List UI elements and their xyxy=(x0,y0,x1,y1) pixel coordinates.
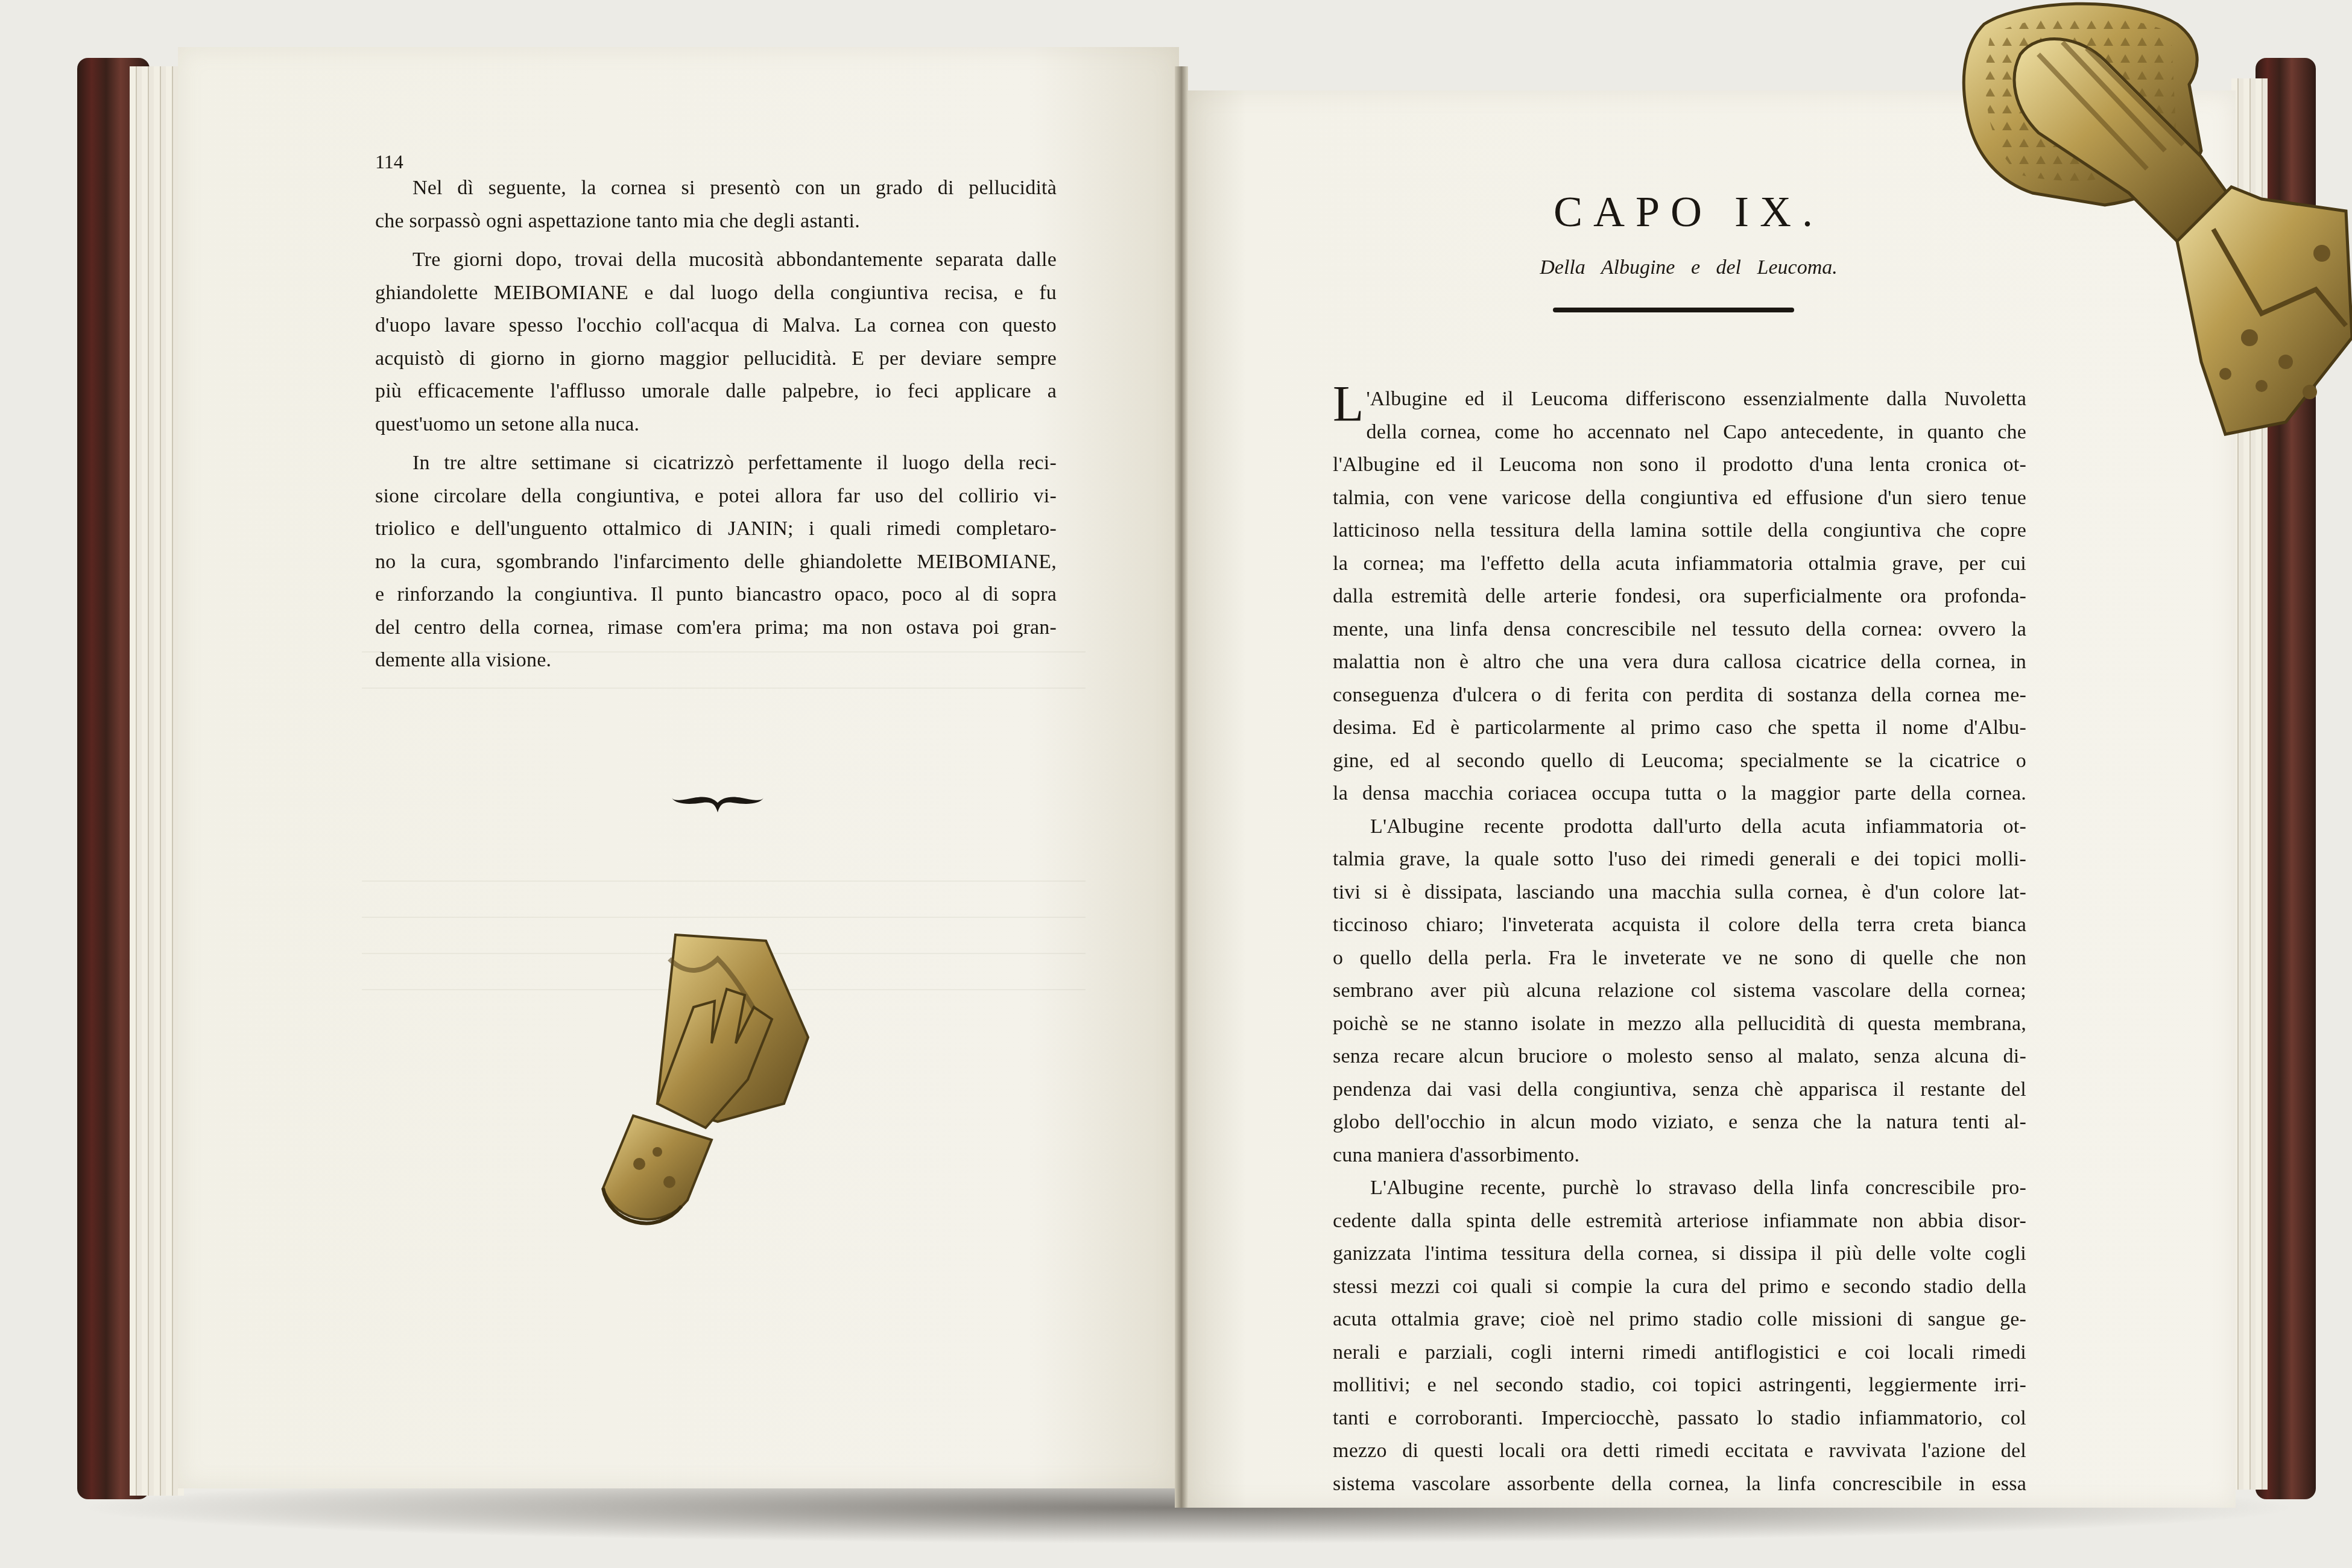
left-page-body: Nel dì seguente, la cornea si presentò c… xyxy=(375,172,1057,677)
brass-hand-clip-icon xyxy=(1948,0,2352,470)
text-line: dalla estremità delle arterie fondesi, o… xyxy=(1333,580,2026,613)
text-line: nerali e parziali, cogli interni rimedi … xyxy=(1333,1336,2026,1370)
text-line: acuta ottalmia grave; cioè nel primo sta… xyxy=(1333,1303,2026,1336)
chapter-title: CAPO IX. xyxy=(1447,187,1930,237)
text-line: della cornea, come ho accennato nel Capo… xyxy=(1333,416,2026,449)
paragraph: L 'Albugine ed il Leucoma differiscono e… xyxy=(1333,383,2026,811)
text-line: mente, una linfa densa concrescibile nel… xyxy=(1333,613,2026,646)
book-gutter xyxy=(1175,66,1188,1508)
text-line: cuna maniera d'assorbimento. xyxy=(1333,1139,2026,1172)
text-line: no la cura, sgombrando l'infarcimento de… xyxy=(375,546,1057,579)
text-line: Nel dì seguente, la cornea si presentò c… xyxy=(375,172,1057,205)
text-line: d'uopo lavare spesso l'occhio coll'acqua… xyxy=(375,309,1057,343)
text-line: sembrano aver più alcuna relazione col s… xyxy=(1333,975,2026,1008)
text-line: acquistò di giorno in giorno maggior pel… xyxy=(375,343,1057,376)
text-line: globo dell'occhio in alcun modo viziato,… xyxy=(1333,1106,2026,1139)
text-line: cedente dalla spinta delle estremità art… xyxy=(1333,1205,2026,1238)
text-line: triolico e dell'unguento ottalmico di JA… xyxy=(375,513,1057,546)
text-line: talmia, con vene varicose della congiunt… xyxy=(1333,482,2026,515)
show-through xyxy=(362,688,1086,689)
text-line: quest'uomo un setone alla nuca. xyxy=(375,408,1057,441)
text-line: ghiandolette MEIBOMIANE e dal luogo dell… xyxy=(375,277,1057,310)
text-line: sione circolare della congiuntiva, e pot… xyxy=(375,480,1057,513)
text-line: conseguenza d'ulcera o di ferita con per… xyxy=(1333,679,2026,712)
text-line: In tre altre settimane si cicatrizzò per… xyxy=(375,447,1057,480)
chapter-subtitle: Della Albugine e del Leucoma. xyxy=(1447,256,1930,279)
paragraph: L'Albugine recente prodotta dall'urto de… xyxy=(1333,811,2026,1172)
text-line: la cornea; ma l'effetto della acuta infi… xyxy=(1333,548,2026,581)
text-line: tanti e corroboranti. Imperciocchè, pass… xyxy=(1333,1402,2026,1435)
text-line: ganizzata l'intima tessitura della corne… xyxy=(1333,1238,2026,1271)
text-line: del centro della cornea, rimase com'era … xyxy=(375,612,1057,645)
text-line: L'Albugine recente prodotta dall'urto de… xyxy=(1333,811,2026,844)
text-line: L'Albugine recente, purchè lo stravaso d… xyxy=(1333,1172,2026,1205)
text-line: e rinforzando la congiuntiva. Il punto b… xyxy=(375,578,1057,612)
text-line: mezzo di questi locali ora detti rimedi … xyxy=(1333,1435,2026,1468)
text-line: mollitivi; e nel secondo stadio, coi top… xyxy=(1333,1369,2026,1402)
text-line: latticinoso nella tessitura della lamina… xyxy=(1333,514,2026,548)
text-line: stessi mezzi coi quali si compie la cura… xyxy=(1333,1271,2026,1304)
text-line: 'Albugine ed il Leucoma differiscono ess… xyxy=(1333,383,2026,416)
show-through xyxy=(362,917,1086,918)
text-line: senza recare alcun bruciore o molesto se… xyxy=(1333,1040,2026,1073)
text-line: che sorpassò ogni aspettazione tanto mia… xyxy=(375,205,1057,238)
text-line: più efficacemente l'afflusso umorale dal… xyxy=(375,375,1057,408)
page-number: 114 xyxy=(375,151,403,173)
text-line: gine, ed al secondo quello di Leucoma; s… xyxy=(1333,745,2026,778)
text-line: l'Albugine ed il Leucoma non sono il pro… xyxy=(1333,449,2026,482)
text-line: Tre giorni dopo, trovai della mucosità a… xyxy=(375,244,1057,277)
text-line: malattia non è altro che una vera dura c… xyxy=(1333,646,2026,679)
show-through xyxy=(362,880,1086,882)
text-line: desima. Ed è particolarmente al primo ca… xyxy=(1333,712,2026,745)
right-page-body: L 'Albugine ed il Leucoma differiscono e… xyxy=(1333,383,2026,1500)
drop-cap: L xyxy=(1333,387,1364,423)
tailpiece-ornament-icon xyxy=(669,793,766,817)
text-line: demente alla visione. xyxy=(375,644,1057,677)
page-edges-left xyxy=(130,66,184,1496)
title-rule xyxy=(1553,308,1794,312)
paragraph: Nel dì seguente, la cornea si presentò c… xyxy=(375,172,1057,238)
paragraph: Tre giorni dopo, trovai della mucosità a… xyxy=(375,244,1057,441)
paragraph: In tre altre settimane si cicatrizzò per… xyxy=(375,447,1057,677)
text-line: o quello della perla. Fra le inveterate … xyxy=(1333,942,2026,975)
text-line: poichè se ne stanno isolate in mezzo all… xyxy=(1333,1008,2026,1041)
text-line: sistema vascolare assorbente della corne… xyxy=(1333,1468,2026,1501)
brass-hand-clip-icon xyxy=(567,923,820,1242)
paragraph: L'Albugine recente, purchè lo stravaso d… xyxy=(1333,1172,2026,1500)
text-line: talmia grave, la quale sotto l'uso dei r… xyxy=(1333,843,2026,876)
text-line: pendenza dai vasi della congiuntiva, sen… xyxy=(1333,1073,2026,1107)
text-line: la densa macchia coriacea occupa tutta o… xyxy=(1333,777,2026,811)
text-line: tivi si è dissipata, lasciando una macch… xyxy=(1333,876,2026,909)
text-line: ticcinoso chiaro; l'inveterata acquista … xyxy=(1333,909,2026,942)
